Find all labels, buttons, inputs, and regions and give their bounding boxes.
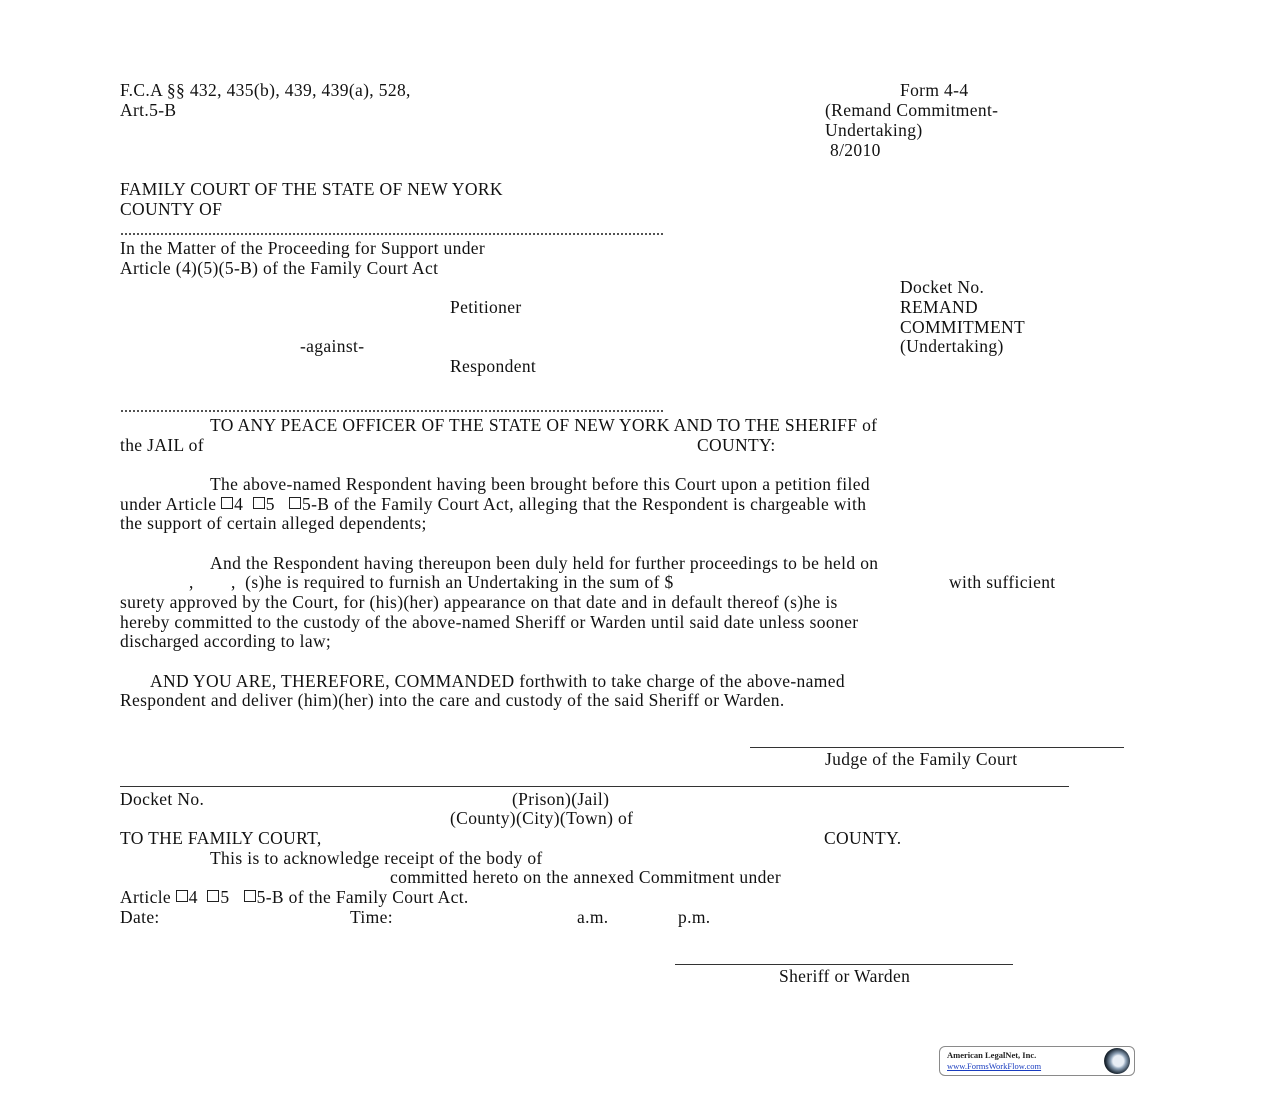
sheriff-signature-line[interactable]	[675, 964, 1013, 965]
checkbox-article-5[interactable]: 5	[207, 887, 229, 907]
form-title: (Remand Commitment-	[825, 100, 998, 120]
form-number: Form 4-4	[900, 80, 968, 100]
para1-article-line: under Article 4 5 5-B of the Family Cour…	[120, 494, 866, 514]
docket-label: Docket No.	[900, 277, 984, 297]
form-date: 8/2010	[830, 140, 881, 160]
checkbox-icon[interactable]	[253, 497, 265, 509]
document-title: REMAND	[900, 297, 978, 317]
para2-line: surety approved by the Court, for (his)(…	[120, 592, 838, 612]
article-prefix: under Article	[120, 494, 221, 514]
checkbox-icon[interactable]	[221, 497, 233, 509]
facility-type: (Prison)(Jail)	[512, 789, 609, 809]
para2-line: And the Respondent having thereupon been…	[210, 553, 878, 573]
command-line: Respondent and deliver (him)(her) into t…	[120, 690, 785, 710]
para2-comma: ,	[189, 572, 194, 592]
time-label: Time:	[350, 907, 393, 927]
receipt-county: COUNTY.	[824, 828, 901, 848]
petitioner-label: Petitioner	[450, 297, 522, 317]
jail-label: the JAIL of	[120, 435, 204, 455]
section-divider	[120, 786, 1069, 787]
ack-line: This is to acknowledge receipt of the bo…	[210, 848, 543, 868]
ack-line: committed hereto on the annexed Commitme…	[390, 867, 781, 887]
facility-municipality: (County)(City)(Town) of	[450, 808, 633, 828]
checkbox-article-5b[interactable]: 5-B	[289, 494, 329, 514]
checkbox-article-4[interactable]: 4	[176, 887, 198, 907]
to-family-court: TO THE FAMILY COURT,	[120, 828, 322, 848]
logo-url-link[interactable]: www.FormsWorkFlow.com	[947, 1061, 1041, 1071]
globe-icon	[1104, 1048, 1130, 1074]
pm-label: p.m.	[678, 907, 711, 927]
dotted-divider	[120, 410, 663, 412]
checkbox-article-5[interactable]: 5	[253, 494, 275, 514]
receipt-docket-label: Docket No.	[120, 789, 204, 809]
para2-line: discharged according to law;	[120, 631, 331, 651]
judge-signature-line[interactable]	[750, 747, 1124, 748]
american-legalnet-logo[interactable]: American LegalNet, Inc. www.FormsWorkFlo…	[939, 1046, 1135, 1076]
sheriff-signature-label: Sheriff or Warden	[779, 966, 910, 986]
logo-company-name: American LegalNet, Inc.	[947, 1050, 1036, 1060]
checkbox-icon[interactable]	[207, 890, 219, 902]
county-suffix: COUNTY:	[697, 435, 776, 455]
para2-undertaking: , (s)he is required to furnish an Undert…	[231, 572, 674, 592]
statute-reference-article: Art.5-B	[120, 100, 176, 120]
para2-sufficient: with sufficient	[949, 572, 1056, 592]
command-line: AND YOU ARE, THEREFORE, COMMANDED forthw…	[150, 671, 845, 691]
county-label: COUNTY OF	[120, 199, 222, 219]
address-line: TO ANY PEACE OFFICER OF THE STATE OF NEW…	[210, 415, 877, 435]
checkbox-icon[interactable]	[244, 890, 256, 902]
para2-line: hereby committed to the custody of the a…	[120, 612, 858, 632]
document-title-2: COMMITMENT	[900, 317, 1025, 337]
para1-line: the support of certain alleged dependent…	[120, 513, 427, 533]
respondent-label: Respondent	[450, 356, 536, 376]
matter-title-cont: Article (4)(5)(5-B) of the Family Court …	[120, 258, 438, 278]
statute-reference: F.C.A §§ 432, 435(b), 439, 439(a), 528,	[120, 80, 411, 100]
court-name: FAMILY COURT OF THE STATE OF NEW YORK	[120, 179, 503, 199]
receipt-article-line: Article 4 5 5-B of the Family Court Act.	[120, 887, 469, 907]
judge-signature-label: Judge of the Family Court	[825, 749, 1017, 769]
am-label: a.m.	[577, 907, 609, 927]
document-title-3: (Undertaking)	[900, 336, 1004, 356]
dotted-divider	[120, 233, 663, 235]
checkbox-icon[interactable]	[176, 890, 188, 902]
checkbox-article-5b[interactable]: 5-B	[244, 887, 284, 907]
checkbox-icon[interactable]	[289, 497, 301, 509]
checkbox-article-4[interactable]: 4	[221, 494, 243, 514]
form-title-cont: Undertaking)	[825, 120, 923, 140]
date-label: Date:	[120, 907, 160, 927]
matter-title: In the Matter of the Proceeding for Supp…	[120, 238, 485, 258]
against-label: -against-	[300, 336, 364, 356]
para1-line: The above-named Respondent having been b…	[210, 474, 870, 494]
